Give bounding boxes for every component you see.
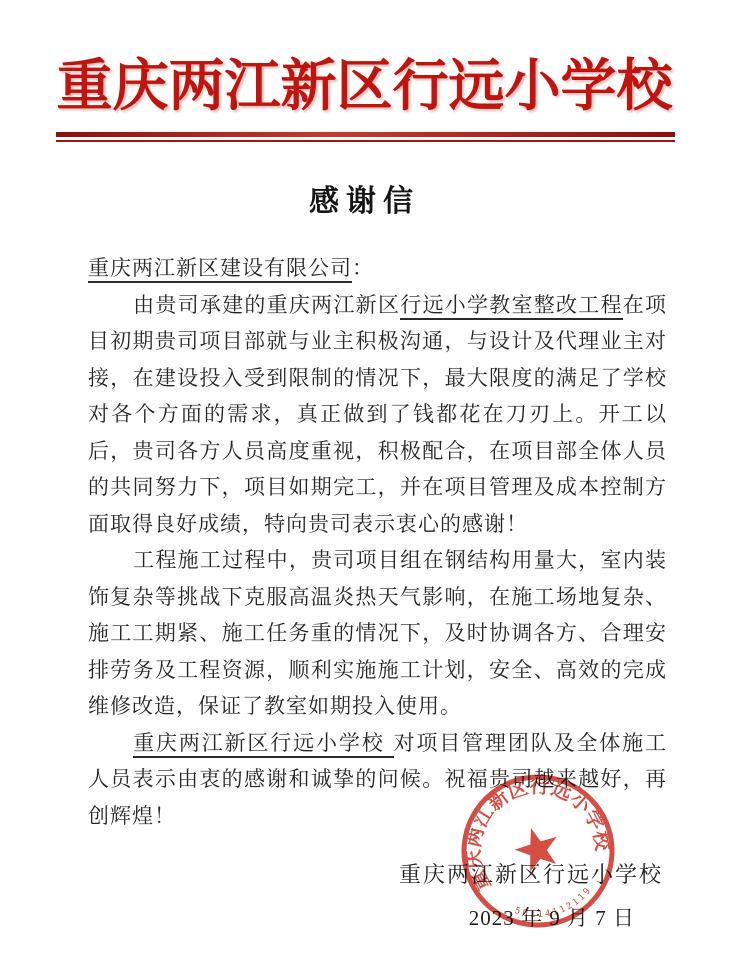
letter-page: 重庆两江新区行远小学校 感谢信 重庆两江新区建设有限公司： 由贵司承建的重庆两江…	[0, 0, 729, 977]
letter-title: 感谢信	[0, 176, 729, 220]
recipient-colon: ：	[352, 256, 374, 280]
star-icon	[510, 822, 564, 875]
project-name-underlined: 行远小学教室整改工程	[400, 293, 623, 320]
paragraph-2-text: 工程施工过程中，贵司项目组在钢结构用量大，室内装饰复杂等挑战下克服高温炎热天气影…	[88, 548, 667, 718]
divider-line-thin	[56, 140, 675, 142]
recipient-line: 重庆两江新区建设有限公司：	[88, 250, 667, 287]
letterhead-divider	[56, 132, 675, 142]
paragraph-1-prefix: 由贵司承建的重庆两江新区	[133, 293, 400, 317]
paragraph-1: 由贵司承建的重庆两江新区行远小学教室整改工程在项目初期贵司项目部就与业主积极沟通…	[88, 287, 667, 543]
divider-line-thick	[56, 132, 675, 137]
paragraph-1-rest: 在项目初期贵司项目部就与业主积极沟通，与设计及代理业主对接，在建设投入受到限制的…	[88, 293, 667, 536]
letterhead-school-name: 重庆两江新区行远小学校	[0, 42, 729, 122]
paragraph-2: 工程施工过程中，贵司项目组在钢结构用量大，室内装饰复杂等挑战下克服高温炎热天气影…	[88, 542, 667, 725]
school-name-underlined: 重庆两江新区行远小学校	[133, 731, 393, 758]
recipient-name: 重庆两江新区建设有限公司	[88, 256, 352, 283]
